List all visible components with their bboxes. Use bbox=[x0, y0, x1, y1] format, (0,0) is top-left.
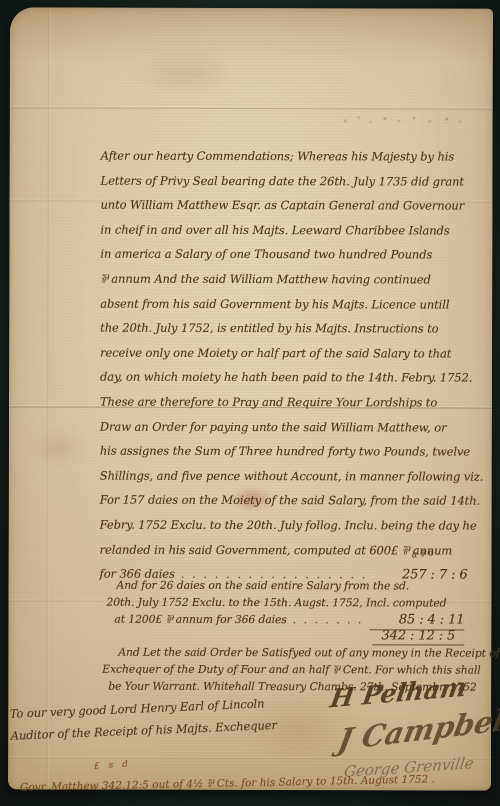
manuscript-line: And for 26 daies on the said entire Sala… bbox=[102, 578, 464, 596]
manuscript-line: in america a Salary of one Thousand two … bbox=[100, 242, 468, 268]
photo-background: After our hearty Commendations; Whereas … bbox=[0, 0, 500, 806]
water-stain bbox=[130, 48, 240, 98]
manuscript-line: ⅌ annum And the said William Matthew hav… bbox=[100, 267, 468, 293]
manuscript-line: After our hearty Commendations; Whereas … bbox=[101, 144, 469, 170]
manuscript-line: receive only one Moiety or half part of … bbox=[100, 340, 468, 366]
manuscript-line: For 157 daies on the Moiety of the said … bbox=[100, 488, 468, 514]
amount-line-entire: at 1200£ ⅌ annum for 366 daies . . . . .… bbox=[102, 611, 464, 629]
vertical-crease bbox=[46, 7, 51, 789]
manuscript-line: 20th. July 1752 Exclu. to the 15th. Augs… bbox=[102, 594, 464, 612]
pencil-marks bbox=[335, 110, 467, 128]
body-text: After our hearty Commendations; Whereas … bbox=[100, 144, 469, 588]
manuscript-line: the 20th. July 1752, is entitled by his … bbox=[100, 316, 468, 342]
docket-column-marks: £ s d bbox=[94, 759, 131, 771]
manuscript-line: his assignes the Sum of Three hundred fo… bbox=[100, 439, 468, 465]
manuscript-line: in cheif in and over all his Majts. Leew… bbox=[100, 217, 468, 243]
interlinear-correction: a ⅌ o bbox=[411, 545, 434, 560]
manuscript-line: Febry. 1752 Exclu. to the 20th. July fol… bbox=[100, 513, 468, 539]
manuscript-line: unto William Matthew Esqr. as Captain Ge… bbox=[100, 193, 468, 219]
manuscript-line-text: at 1200£ ⅌ annum for 366 daies bbox=[114, 611, 286, 628]
dot-leader: . . . . . . . . . bbox=[293, 612, 364, 629]
total-line: 342 : 12 : 5 bbox=[102, 628, 464, 646]
amount-total: 342 : 12 : 5 bbox=[372, 629, 464, 646]
manuscript-line: Draw an Order for paying unto the said W… bbox=[100, 414, 468, 440]
docket-note: Govr. Matthew 342.12:5 out of 4½ ⅌ Cts. … bbox=[20, 773, 400, 795]
address-block: To our very good Lord Henry Earl of Linc… bbox=[9, 693, 261, 747]
manuscript-line: absent from his said Government by his M… bbox=[100, 291, 468, 317]
manuscript-line: Shillings, and five pence without Accoun… bbox=[100, 463, 468, 489]
water-stain bbox=[29, 427, 89, 467]
fold-crease bbox=[10, 106, 493, 109]
manuscript-line: Letters of Privy Seal bearing date the 2… bbox=[101, 168, 469, 194]
manuscript-line: And Let the said Order be Satisfyed out … bbox=[102, 645, 464, 663]
manuscript-page: After our hearty Commendations; Whereas … bbox=[8, 7, 493, 790]
manuscript-line: These are therefore to Pray and Require … bbox=[100, 390, 468, 416]
manuscript-line: day, on which moiety he hath been paid t… bbox=[100, 365, 468, 391]
